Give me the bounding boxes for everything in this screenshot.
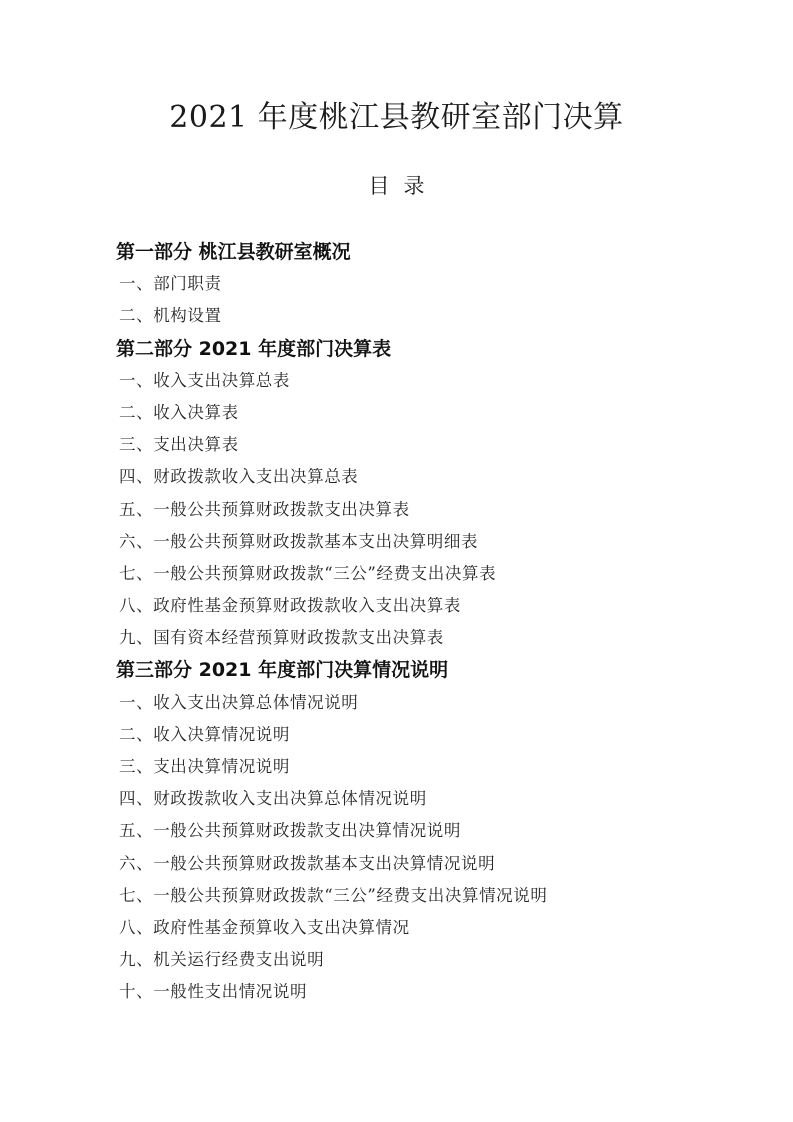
toc-item[interactable]: 四、财政拨款收入支出决算总体情况说明 [116,783,716,815]
toc-item[interactable]: 一、部门职责 [116,268,716,300]
toc-part-1[interactable]: 第一部分 桃江县教研室概况 [116,236,716,268]
toc-item[interactable]: 一、收入支出决算总体情况说明 [116,687,716,719]
toc-item[interactable]: 五、一般公共预算财政拨款支出决算情况说明 [116,815,716,847]
toc-item[interactable]: 十、一般性支出情况说明 [116,976,716,1008]
toc-item[interactable]: 二、收入决算情况说明 [116,719,716,751]
toc-item[interactable]: 三、支出决算表 [116,429,716,461]
toc-heading: 目录 [0,170,793,202]
toc-item[interactable]: 一、收入支出决算总表 [116,365,716,397]
toc-item[interactable]: 九、机关运行经费支出说明 [116,944,716,976]
toc-item[interactable]: 五、一般公共预算财政拨款支出决算表 [116,494,716,526]
toc-item[interactable]: 七、一般公共预算财政拨款“三公”经费支出决算表 [116,558,716,590]
toc-item[interactable]: 六、一般公共预算财政拨款基本支出决算明细表 [116,526,716,558]
toc-item[interactable]: 二、收入决算表 [116,397,716,429]
toc-item[interactable]: 九、国有资本经营预算财政拨款支出决算表 [116,622,716,654]
toc-item[interactable]: 六、一般公共预算财政拨款基本支出决算情况说明 [116,848,716,880]
document-page: 2021 年度桃江县教研室部门决算 目录 第一部分 桃江县教研室概况 一、部门职… [0,0,793,1122]
toc-part-2[interactable]: 第二部分 2021 年度部门决算表 [116,333,716,365]
toc-item[interactable]: 三、支出决算情况说明 [116,751,716,783]
toc-item[interactable]: 四、财政拨款收入支出决算总表 [116,461,716,493]
toc-item[interactable]: 七、一般公共预算财政拨款“三公”经费支出决算情况说明 [116,880,716,912]
document-title: 2021 年度桃江县教研室部门决算 [0,98,793,138]
toc-item[interactable]: 二、机构设置 [116,300,716,332]
toc-part-3[interactable]: 第三部分 2021 年度部门决算情况说明 [116,654,716,686]
toc-item[interactable]: 八、政府性基金预算财政拨款收入支出决算表 [116,590,716,622]
toc-item[interactable]: 八、政府性基金预算收入支出决算情况 [116,912,716,944]
table-of-contents: 第一部分 桃江县教研室概况 一、部门职责 二、机构设置 第二部分 2021 年度… [116,236,716,1009]
